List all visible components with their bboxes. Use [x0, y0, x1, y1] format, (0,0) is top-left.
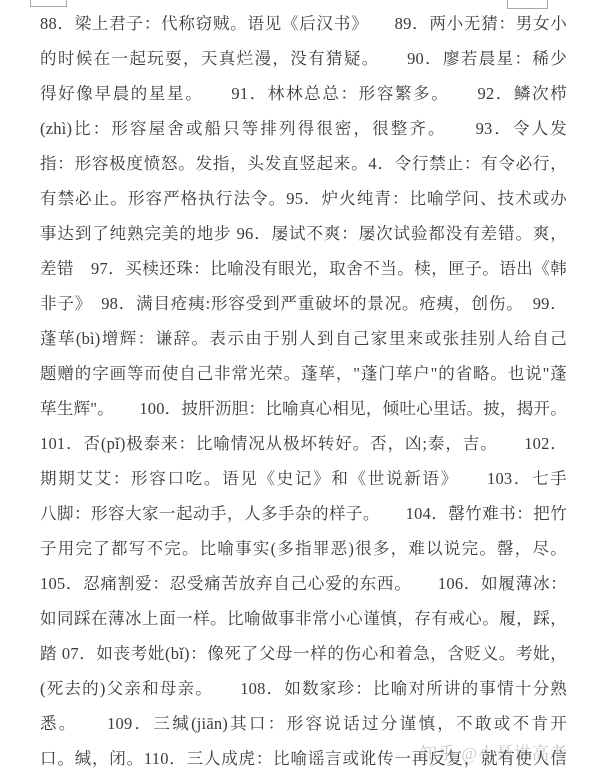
text-line: (死去的)父亲和母亲。 108．如数家珍：比喻对所讲的事情十分熟 [40, 671, 567, 706]
text-line: 题赠的字画等而使自己非常光荣。蓬荜，"蓬门荜户"的省略。也说"蓬 [40, 356, 567, 391]
text-line: 口。缄，闭。110．三人成虎：比喻谣言或讹传一再反复，就有使人信 [40, 741, 567, 772]
text-line: (zhì)比：形容屋舍或船只等排列得很密，很整齐。 93．令人发 [40, 111, 567, 146]
text-line: 88．梁上君子：代称窃贼。语见《后汉书》 89．两小无猜：男女小 [40, 6, 567, 41]
text-line: 踏 07．如丧考妣(bǐ)：像死了父母一样的伤心和着急，含贬义。考妣， [40, 636, 567, 671]
text-line: 101．否(pǐ)极泰来：比喻情况从极坏转好。否，凶;泰，吉。 102． [40, 426, 567, 461]
text-line: 差错 97．买椟还珠：比喻没有眼光，取舍不当。椟，匣子。语出《韩 [40, 251, 567, 286]
text-line: 的时候在一起玩耍，天真烂漫，没有猜疑。 90．廖若晨星：稀少 [40, 41, 567, 76]
text-line: 指：形容极度愤怒。发指，头发直竖起来。4．令行禁止：有令必行， [40, 146, 567, 181]
text-line: 如同踩在薄冰上面一样。比喻做事非常小心谨慎，存有戒心。履，踩， [40, 601, 567, 636]
text-line: 八脚：形容大家一起动手，人多手杂的样子。 104．罄竹难书：把竹 [40, 496, 567, 531]
text-line: 悉。 109．三缄(jiān)其口：形容说话过分谨慎，不敢或不肯开 [40, 706, 567, 741]
document-page: 知乎 @小聂讲高考 88．梁上君子：代称窃贼。语见《后汉书》 89．两小无猜：男… [0, 0, 600, 772]
text-line: 得好像早晨的星星。 91．林林总总：形容繁多。 92．鳞次栉 [40, 76, 567, 111]
idiom-glossary-text: 88．梁上君子：代称窃贼。语见《后汉书》 89．两小无猜：男女小 的时候在一起玩… [40, 6, 567, 772]
text-line: 事达到了纯熟完美的地步 96．屡试不爽：屡次试验都没有差错。爽， [40, 216, 567, 251]
text-line: 荜生辉"。 100．披肝沥胆：比喻真心相见，倾吐心里话。披，揭开。 [40, 391, 567, 426]
text-line: 期期艾艾：形容口吃。语见《史记》和《世说新语》 103．七手 [40, 461, 567, 496]
text-line: 105．忍痛割爱：忍受痛苦放弃自己心爱的东西。 106．如履薄冰： [40, 566, 567, 601]
text-line: 蓬荜(bì)增辉：谦辞。表示由于别人到自己家里来或张挂别人给自己 [40, 321, 567, 356]
text-line: 子用完了都写不完。比喻事实(多指罪恶)很多，难以说完。罄，尽。 [40, 531, 567, 566]
text-line: 有禁必止。形容严格执行法令。95．炉火纯青：比喻学问、技术或办 [40, 181, 567, 216]
text-line: 非子》 98．满目疮痍:形容受到严重破坏的景况。疮痍，创伤。 99． [40, 286, 567, 321]
